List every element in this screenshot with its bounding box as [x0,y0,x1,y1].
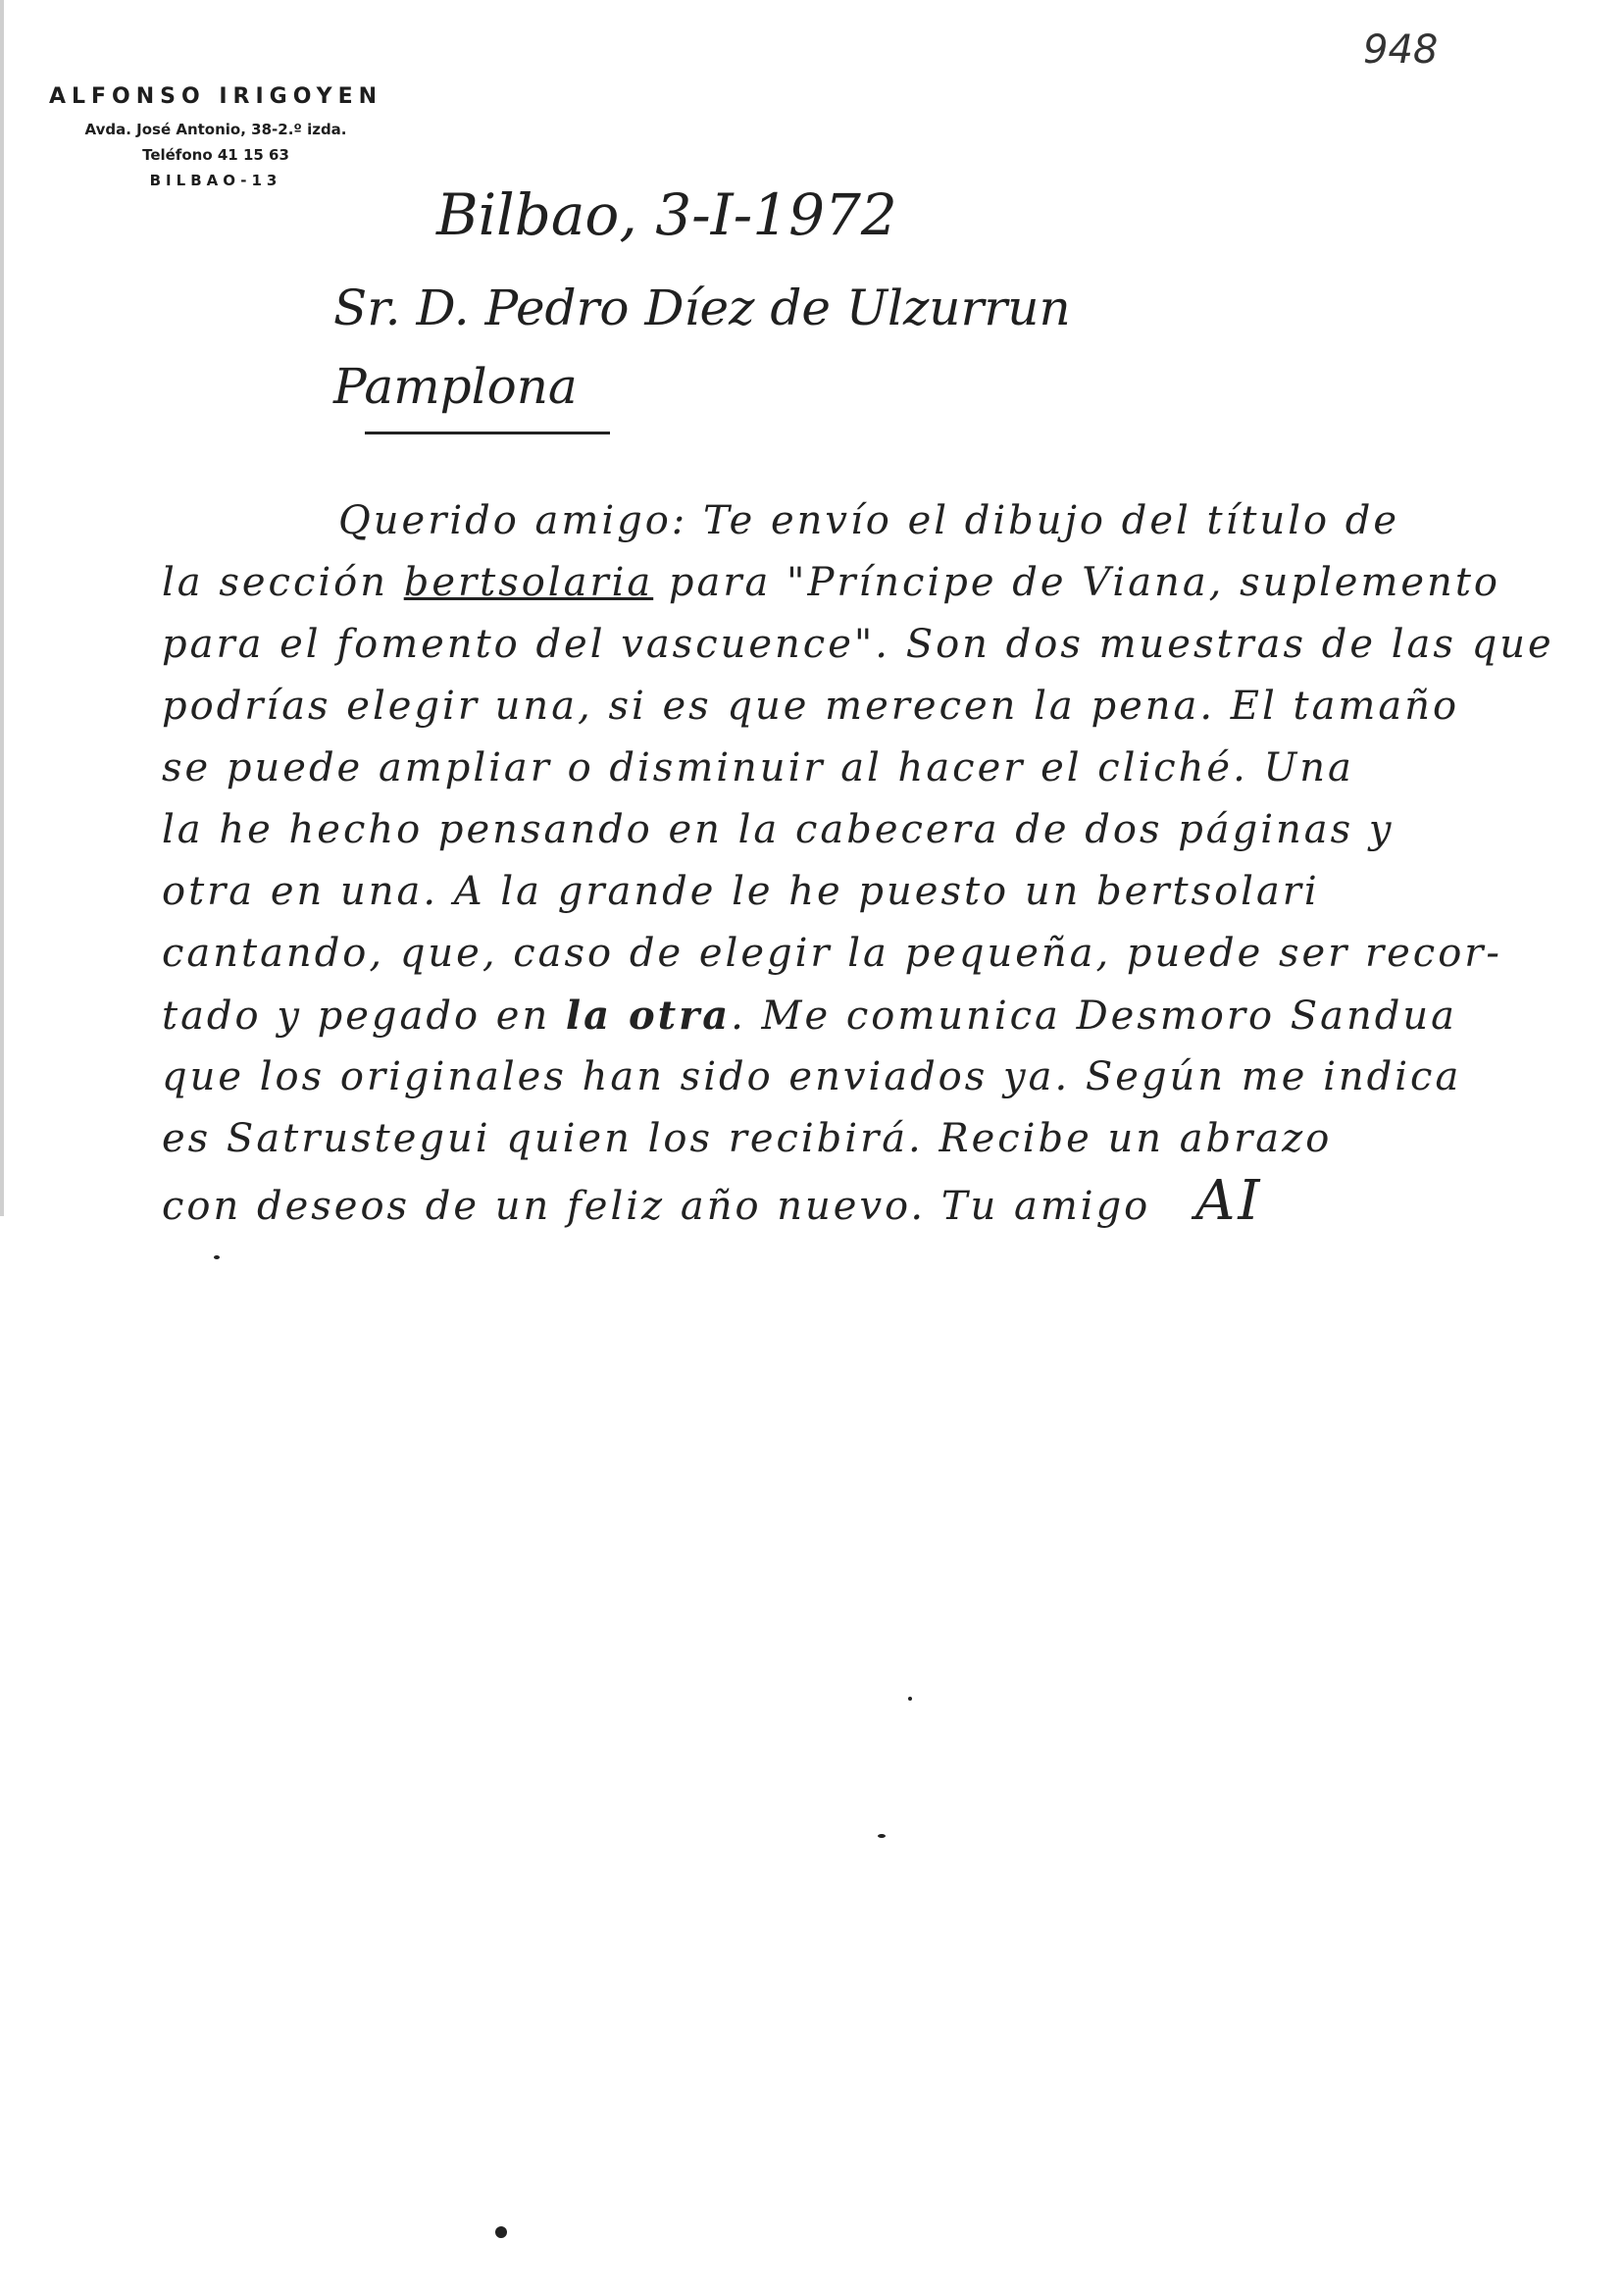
body-line: para el fomento del vascuence". Son dos … [162,614,1496,676]
letterhead-phone: Teléfono 41 15 63 [39,146,392,164]
body-line: la he hecho pensando en la cabecera de d… [162,799,1496,861]
body-line: que los originales han sido enviados ya.… [162,1046,1496,1108]
salutation: Querido amigo: [338,498,687,543]
signature: AI [1195,1170,1263,1232]
body-line: podrías elegir una, si es que merecen la… [162,676,1496,738]
body-line: tado y pegado en la otra. Me comunica De… [162,985,1496,1046]
emphasized-text: la otra [566,993,731,1039]
blank-lower-page [0,1216,1624,2293]
specks [908,1697,912,1701]
body-line: con deseos de un feliz año nuevo. Tu ami… [162,1170,1496,1232]
body-line: es Satrustegui quien los recibirá. Recib… [162,1108,1496,1170]
letterhead: ALFONSO IRIGOYEN Avda. José Antonio, 38-… [39,84,392,189]
letterhead-name: ALFONSO IRIGOYEN [39,84,392,109]
scan-edge [0,0,4,1216]
body-line: se puede ampliar o disminuir al hacer el… [162,738,1496,799]
specks [878,1834,886,1838]
address-underline [365,432,610,434]
recipient-name: Sr. D. Pedro Díez de Ulzurrun [333,280,1071,336]
underlined-word: bertsolaria [404,560,653,605]
body-line: la sección bertsolaria para "Príncipe de… [162,552,1496,614]
letterhead-address: Avda. José Antonio, 38-2.º izda. [39,121,392,138]
date-line: Bilbao, 3-I-1972 [436,181,897,248]
body-line: otra en una. A la grande le he puesto un… [162,861,1496,923]
body-line: cantando, que, caso de elegir la pequeña… [162,923,1496,985]
recipient-city: Pamplona [333,358,578,415]
body-line: Querido amigo: Te envío el dibujo del tí… [162,490,1496,552]
specks [214,1255,220,1259]
page-number: 948 [1363,27,1438,73]
letter-body: Querido amigo: Te envío el dibujo del tí… [162,490,1496,1232]
letterhead-city: BILBAO-13 [39,172,392,189]
specks [495,2226,507,2238]
